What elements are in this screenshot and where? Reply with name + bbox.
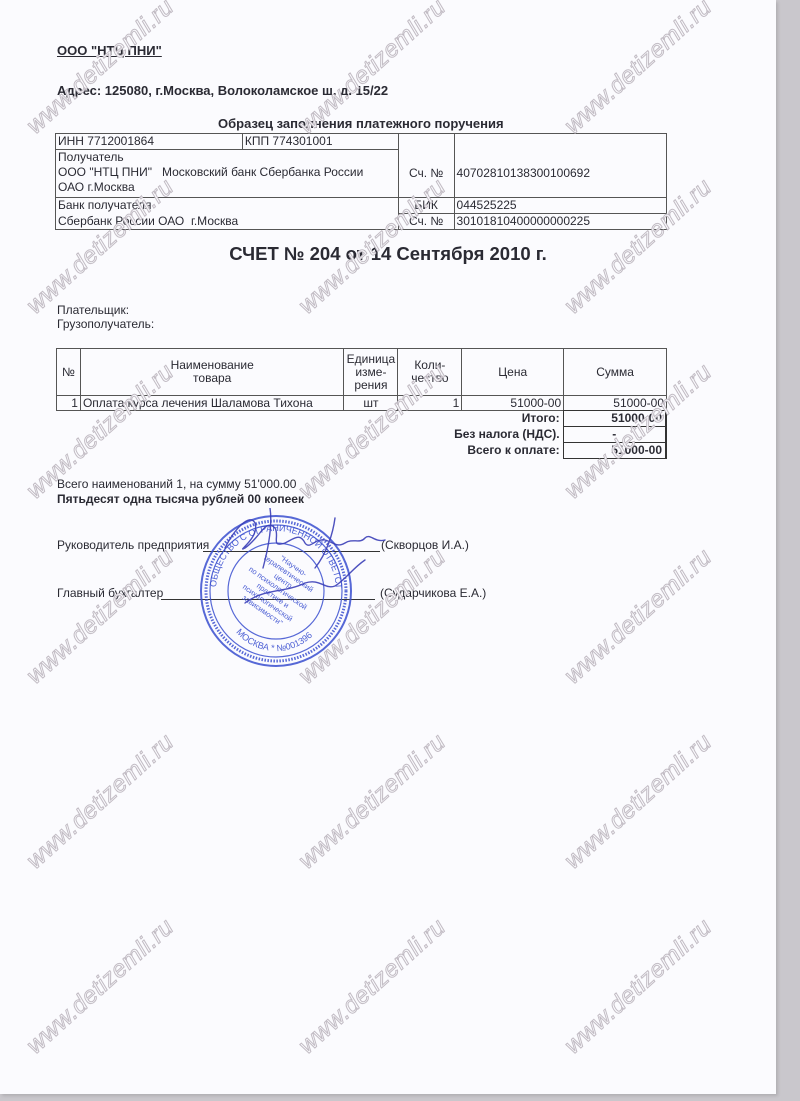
payer-label: Плательщик: bbox=[57, 303, 154, 317]
payment-sample-title: Образец заполнения платежного поручения bbox=[218, 116, 504, 131]
header-unit: Единицаизме-рения bbox=[344, 349, 398, 396]
watermark-text: www.detizemli.ru bbox=[293, 543, 451, 690]
row-num: 1 bbox=[57, 396, 81, 411]
handwritten-signatures bbox=[215, 508, 390, 608]
watermark-text: www.detizemli.ru bbox=[293, 728, 451, 875]
watermark-text: www.detizemli.ru bbox=[559, 728, 717, 875]
watermark-text: www.detizemli.ru bbox=[21, 543, 179, 690]
recipient-cell: Получатель ООО "НТЦ ПНИ" Московский банк… bbox=[56, 150, 399, 198]
stamp-inner-2: центр bbox=[272, 571, 294, 590]
watermark-text: www.detizemli.ru bbox=[21, 913, 179, 1060]
stamp-inner-1: терапевтический bbox=[262, 553, 316, 594]
watermark-text: www.detizemli.ru bbox=[559, 543, 717, 690]
recipient-line2: ОАО г.Москва bbox=[58, 180, 396, 195]
header-name: Наименованиетовара bbox=[80, 349, 343, 396]
row-sum: 51000-00 bbox=[564, 396, 667, 411]
director-label: Руководитель предприятия bbox=[57, 538, 209, 552]
corr-account-number: 30101810400000000225 bbox=[454, 214, 666, 230]
stamp-inner-3: по психологической bbox=[247, 565, 309, 612]
invoice-page: ООО "НТЦ ПНИ" Адрес: 125080, г.Москва, В… bbox=[0, 0, 776, 1094]
accountant-signature-line bbox=[161, 599, 375, 600]
stamp-inner-0: "Научно- bbox=[278, 554, 309, 579]
total-value: 51000-00 bbox=[563, 411, 666, 427]
bank-label: Банк получателя bbox=[56, 198, 399, 214]
amount-in-words: Пятьдесят одна тысяча рублей 00 копеек bbox=[57, 492, 304, 506]
accountant-name: (Сударчикова Е.А.) bbox=[380, 586, 486, 600]
watermark-text: www.detizemli.ru bbox=[559, 913, 717, 1060]
items-table: № Наименованиетовара Единицаизме-рения К… bbox=[56, 348, 667, 411]
recipient-label: Получатель bbox=[58, 150, 396, 165]
header-price: Цена bbox=[462, 349, 564, 396]
items-count-line: Всего наименований 1, на сумму 51'000.00 bbox=[57, 477, 296, 491]
totals-table: Итого: 51000-00 Без налога (НДС). - Всег… bbox=[56, 410, 667, 459]
recipient-line1: ООО "НТЦ ПНИ" Московский банк Сбербанка … bbox=[58, 165, 396, 180]
watermark-text: www.detizemli.ru bbox=[293, 913, 451, 1060]
row-name: Оплата курса лечения Шаламова Тихона bbox=[80, 396, 343, 411]
watermark-text: www.detizemli.ru bbox=[559, 0, 717, 140]
accountant-label: Главный бухгалтер bbox=[57, 586, 163, 600]
total-label: Итого: bbox=[56, 411, 563, 427]
director-signature-line bbox=[203, 551, 380, 552]
total-row: Итого: 51000-00 bbox=[56, 411, 666, 427]
header-sum: Сумма bbox=[564, 349, 667, 396]
consignee-label: Грузополучатель: bbox=[57, 317, 154, 331]
inn-cell: ИНН 7712001864 bbox=[56, 134, 243, 150]
grand-total-row: Всего к оплате: 51000-00 bbox=[56, 443, 666, 459]
row-price: 51000-00 bbox=[462, 396, 564, 411]
bik-value: 044525225 bbox=[454, 198, 666, 214]
account-label: Сч. № bbox=[398, 150, 454, 198]
stamp-inner-5: психологической bbox=[241, 582, 294, 623]
table-row: 1 Оплата курса лечения Шаламова Тихона ш… bbox=[57, 396, 667, 411]
row-qty: 1 bbox=[398, 396, 462, 411]
svg-text:МОСКВА * №001396: МОСКВА * №001396 bbox=[234, 627, 314, 653]
watermark-text: www.detizemli.ru bbox=[21, 0, 179, 140]
bik-label: БИК bbox=[398, 198, 454, 214]
grand-total-value: 51000-00 bbox=[563, 443, 666, 459]
bank-details-table: ИНН 7712001864 КПП 774301001 Получатель … bbox=[55, 133, 667, 230]
kpp-cell: КПП 774301001 bbox=[242, 134, 398, 150]
header-num: № bbox=[57, 349, 81, 396]
header-qty: Коли-чество bbox=[398, 349, 462, 396]
vat-row: Без налога (НДС). - bbox=[56, 427, 666, 443]
company-stamp: ОБЩЕСТВО С ОГРАНИЧЕННОЙ ОТВЕТСТВЕННОСТЬЮ… bbox=[198, 513, 354, 669]
grand-total-label: Всего к оплате: bbox=[56, 443, 563, 459]
stamp-inner-4: практике и bbox=[255, 581, 291, 610]
stamp-bottom-text: МОСКВА * №001396 bbox=[234, 627, 314, 653]
watermark-text: www.detizemli.ru bbox=[21, 728, 179, 875]
company-address: Адрес: 125080, г.Москва, Волоколамское ш… bbox=[57, 83, 388, 98]
row-unit: шт bbox=[344, 396, 398, 411]
payer-block: Плательщик: Грузополучатель: bbox=[57, 303, 154, 331]
vat-label: Без налога (НДС). bbox=[56, 427, 563, 443]
invoice-title: СЧЕТ № 204 от 14 Сентября 2010 г. bbox=[0, 243, 776, 265]
vat-value: - bbox=[563, 427, 666, 443]
company-name: ООО "НТЦ ПНИ" bbox=[57, 43, 162, 58]
director-name: (Скворцов И.А.) bbox=[381, 538, 469, 552]
bank-name: Сбербанк России ОАО г.Москва bbox=[56, 214, 399, 230]
corr-account-label: Сч. № bbox=[398, 214, 454, 230]
account-number: 40702810138300100692 bbox=[454, 150, 666, 198]
